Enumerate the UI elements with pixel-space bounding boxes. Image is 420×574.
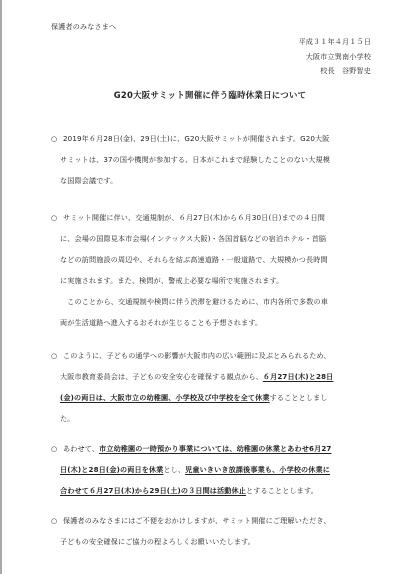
principal-name: 校長 谷野智史 (320, 66, 371, 75)
text-plain: することとしまし (270, 393, 328, 402)
bullet-icon: ○ (51, 444, 57, 453)
date: 平成３１年４月１５日 (299, 37, 371, 46)
paragraph-line: 2019年６月28日(金)、29日(土)に、G20大阪サミットが開催されます。G… (63, 134, 330, 143)
text-plain: とし、 (163, 465, 185, 474)
paragraph-line: 両が生活道路へ進入するおそれが生じることも予想されます。 (60, 318, 262, 327)
text-emphasis: 児童いきいき放課後事業も、小学校の休業に (185, 465, 330, 474)
bullet-icon: ○ (51, 134, 57, 143)
paragraph-line: あわせて、市立幼稚園の一時預かり事業については、幼稚園の休業とあわせ6月27 (63, 444, 332, 453)
paragraph-line: 大阪市教育委員会は、子どもの安全安心を確保する観点から、６月27日(木)と28日 (60, 372, 333, 381)
paragraph-line: に、会場の国際見本市会場(インテックス大阪)・各国首脳などの宿泊ホテル・首脳 (60, 234, 326, 243)
text-emphasis: 合わせて６月27日(木)から29日(土)の３日間は活動休止 (60, 486, 246, 495)
text-plain: あわせて、 (63, 444, 99, 453)
document-title: G20大阪サミット開催に伴う臨時休業日について (0, 91, 420, 100)
paragraph-line: サミットは、37の国や機関が参加する、日本がこれまで経験したことのない大規模 (60, 155, 330, 164)
paragraph-line: 合わせて６月27日(木)から29日(土)の３日間は活動休止とすることとします。 (60, 486, 318, 495)
paragraph-line: などの訪問施設の周辺や、それらを結ぶ高速道路・一般道路で、大規模かつ長時間 (60, 255, 328, 264)
text-emphasis: ６月27日(木)と28日 (263, 372, 334, 381)
paragraph-line: 日(木)と28日(金)の両日を休業とし、児童いきいき放課後事業も、小学校の休業に (60, 465, 330, 474)
bullet-icon: ○ (51, 516, 57, 525)
school-name: 大阪市立巽南小学校 (306, 52, 371, 61)
text-emphasis: 市立幼稚園の一時預かり事業については、幼稚園の休業とあわせ6月27 (99, 444, 331, 453)
text-plain: とすることとします。 (246, 486, 318, 495)
paragraph-line: (金)の両日は、大阪市立の幼稚園、小学校及び中学校を全て休業することとしまし (60, 393, 328, 402)
paragraph-line: 保護者のみなさまにはご不便をおかけしますが、サミット開催にご理解いただき、 (63, 516, 331, 525)
paragraph-line: な国際会議です。 (60, 176, 117, 185)
paragraph-line: このことから、交通規制や検問に伴う渋滞を避けるために、市内各所で多数の車 (60, 297, 328, 306)
bullet-icon: ○ (51, 213, 57, 222)
text-emphasis: 日(木)と28日(金)の両日を休業 (60, 465, 163, 474)
paragraph-line: に実施されます。また、検問が、警戒上必要な場所で実施されます。 (60, 276, 283, 285)
paragraph-line: このように、子どもの通学への影響が大阪市内の広い範囲に及ぶとみられるため、 (63, 351, 331, 360)
paragraph-line: サミット開催に伴い、交通規制が、６月27日(木)から６月30日(日)までの４日間 (63, 213, 325, 222)
bullet-icon: ○ (51, 351, 57, 360)
addressee: 保護者のみなさまへ (51, 22, 116, 31)
paragraph-line: た。 (60, 414, 75, 423)
document-page: 保護者のみなさまへ 平成３１年４月１５日 大阪市立巽南小学校 校長 谷野智史 G… (0, 0, 420, 574)
paragraph-line: 子どもの安全確保にご協力の程よろしくお願いいたします。 (60, 537, 255, 546)
text-plain: 大阪市教育委員会は、子どもの安全安心を確保する観点から、 (60, 372, 263, 381)
text-emphasis: (金)の両日は、大阪市立の幼稚園、小学校及び中学校を全て休業 (60, 393, 270, 402)
